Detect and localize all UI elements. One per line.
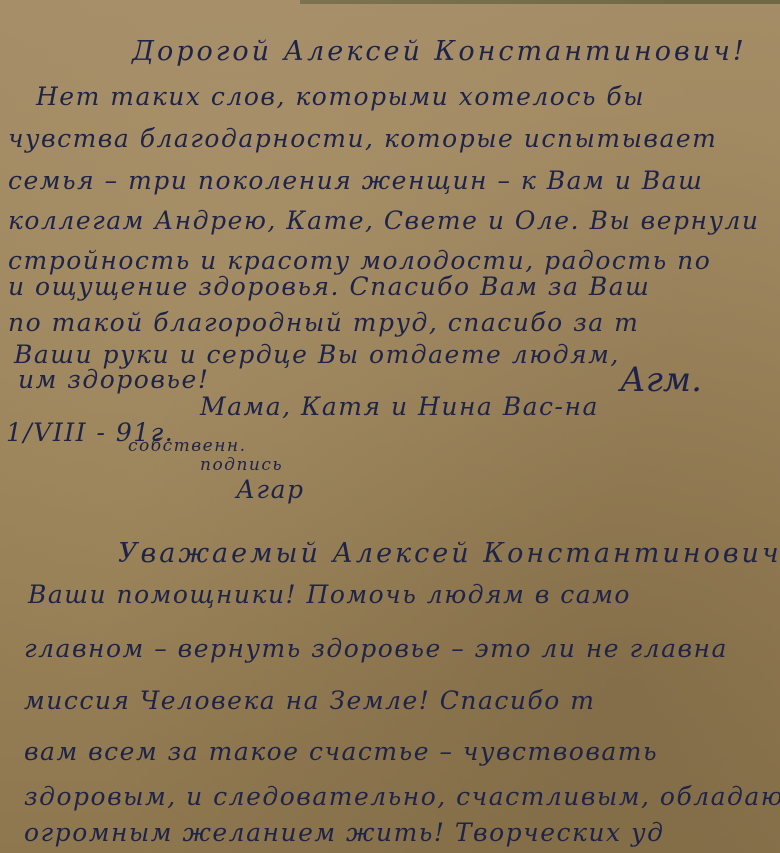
letter-2-line: Ваши помощники! Помочь людям в само: [28, 580, 631, 609]
letter-2-line: вам всем за такое счастье – чувствовать: [24, 737, 658, 766]
letter-1-line: по такой благородный труд, спасибо за т: [8, 308, 639, 337]
letter-1-note: собственн.: [128, 436, 247, 456]
letter-1-line: чувства благодарности, которые испытывае…: [8, 124, 717, 153]
letter-1-line: Нет таких слов, которыми хотелось бы: [36, 82, 645, 111]
letter-1-note: подпись: [200, 455, 283, 475]
letter-1-signature: Агм.: [620, 360, 702, 400]
letter-1-line: семья – три поколения женщин – к Вам и В…: [8, 166, 703, 195]
letter-1-note-signature: Агар: [236, 475, 304, 504]
letter-2-line: здоровым, и следовательно, счастливым, о…: [24, 782, 780, 811]
letter-2-greeting: Уважаемый Алексей Константинович и: [118, 538, 780, 569]
letter-1-line: им здоровье!: [18, 365, 209, 394]
letter-1-line: коллегам Андрею, Кате, Свете и Оле. Вы в…: [8, 206, 760, 235]
letter-2-line: главном – вернуть здоровье – это ли не г…: [24, 634, 728, 663]
letter-1-signers: Мама, Катя и Нина Вас-на: [200, 392, 599, 421]
letter-1-line: стройность и красоту молодости, радость …: [8, 246, 711, 275]
letter-2-line: огромным желанием жить! Творческих уд: [24, 818, 664, 847]
letter-2-line: миссия Человека на Земле! Спасибо т: [24, 686, 595, 715]
letter-1-greeting: Дорогой Алексей Константинович!: [132, 36, 747, 67]
letter-1-line: и ощущение здоровья. Спасибо Вам за Ваш: [8, 272, 650, 301]
